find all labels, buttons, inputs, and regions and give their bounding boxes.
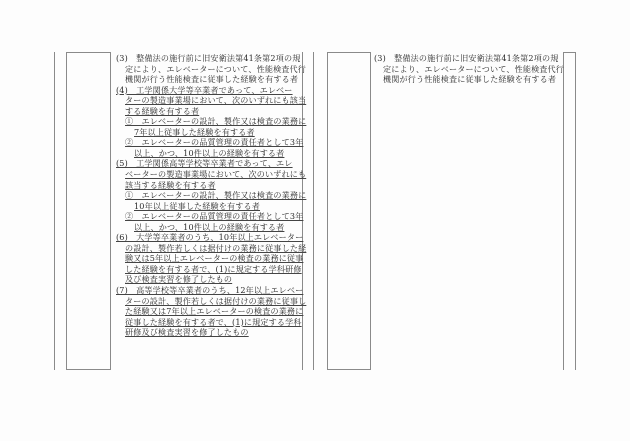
item-7-line-1: (7) 高等学校等卒業者のうち、12年以上エレベー [116,285,303,295]
right-item-3-line-2: 定により、エレベーターについて、性能検査代行 [374,64,564,75]
center-empty-cell [327,52,371,370]
item-6-line-2: の設計、製作若しくは据付けの業務に従事した経 [125,243,306,253]
item-7-line-3: た経験又は7年以上エレベーターの検査の業務に [125,306,303,316]
item-3-line-3: 機関が行う性能検査に従事した経験を有する者 [116,74,306,85]
item-4-line-3: する経験を有する者 [125,106,199,116]
item-6-line-3: 験又は5年以上エレベーターの検査の業務に従事 [125,253,303,263]
item-4-line-1: (4) 工学関係大学等卒業者であって、エレベー [116,85,293,95]
item-7-line-5: 研修及び検査実習を修了したもの [125,327,249,337]
left-text-column: (3) 整備法の施行前に旧安衛法第41条第2項の規 定により、エレベーターについ… [116,53,306,338]
item-5-line-2: ベーターの製造事業場において、次のいずれにも [125,169,306,179]
item-7-line-4: 従事した経験を有する者で、(1)に規定する学科 [125,317,302,327]
item-5-2-line-2: 以上、かつ、10件以上の経験を有する者 [134,222,284,232]
right-item-3-line-1: (3) 整備法の施行前に旧安衛法第41条第2項の規 [374,53,564,64]
item-5-line-1: (5) 工学関係高等学校等卒業者であって、エレ [116,158,293,168]
center-divider-rule-2 [313,52,314,370]
item-6-line-1: (6) 大学等卒業者のうち、10年以上エレベーター [116,232,303,242]
item-4-2-line-1: ② エレベーターの品質管理の責任者として3年 [125,137,303,147]
item-6-line-5: 及び検査実習を修了したもの [125,274,232,284]
item-5-1-line-1: ① エレベーターの設計、製作又は検査の業務に [125,190,306,200]
right-empty-cell [563,52,576,370]
right-text-column: (3) 整備法の施行前に旧安衛法第41条第2項の規 定により、エレベーターについ… [374,53,564,85]
item-3-line-2: 定により、エレベーターについて、性能検査代行 [116,64,306,75]
item-7-line-2: ターの設計、製作若しくは据付けの業務に従事し [125,296,306,306]
item-4-1-line-2: 7年以上従事した経験を有する者 [134,127,255,137]
item-5-2-line-1: ② エレベーターの品質管理の責任者として3年 [125,211,303,221]
item-5-line-3: 該当する経験を有する者 [125,180,216,190]
item-3-line-1: (3) 整備法の施行前に旧安衛法第41条第2項の規 [116,53,306,64]
item-4-1-line-1: ① エレベーターの設計、製作又は検査の業務に [125,116,306,126]
item-5-1-line-2: 10年以上従事した経験を有する者 [134,201,260,211]
item-6-line-4: した経験を有する者で、(1)に規定する学科研修 [125,264,302,274]
left-outer-rule [54,52,55,370]
item-4-line-2: ターの製造事業場において、次のいずれにも該当 [125,95,306,105]
item-4-2-line-2: 以上、かつ、10件以上の経験を有する者 [134,148,284,158]
right-item-3-line-3: 機関が行う性能検査に従事した経験を有する者 [374,74,564,85]
left-empty-cell [66,52,111,370]
